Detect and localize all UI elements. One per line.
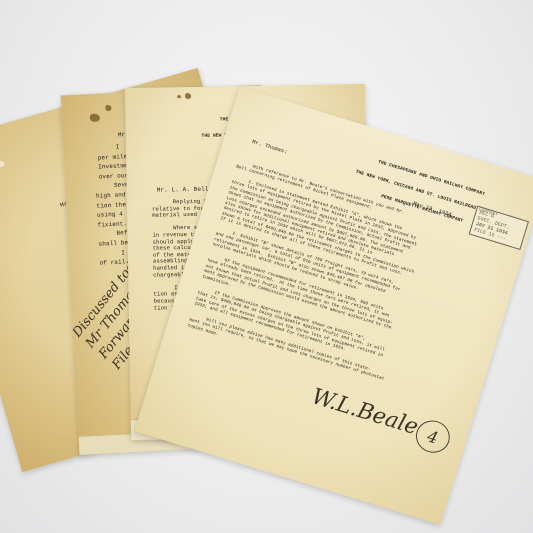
salutation: Mr. L. A. Bell:: [157, 187, 213, 194]
burn-mark: [185, 93, 191, 99]
page-number: 4: [425, 426, 440, 447]
signature: W.L.Beale: [309, 384, 421, 440]
burn-mark: [90, 113, 100, 122]
burn-mark: [0, 160, 5, 168]
burn-mark: [177, 95, 181, 98]
salutation: Mr. Thomas:: [251, 139, 288, 156]
burn-mark: [105, 105, 111, 111]
